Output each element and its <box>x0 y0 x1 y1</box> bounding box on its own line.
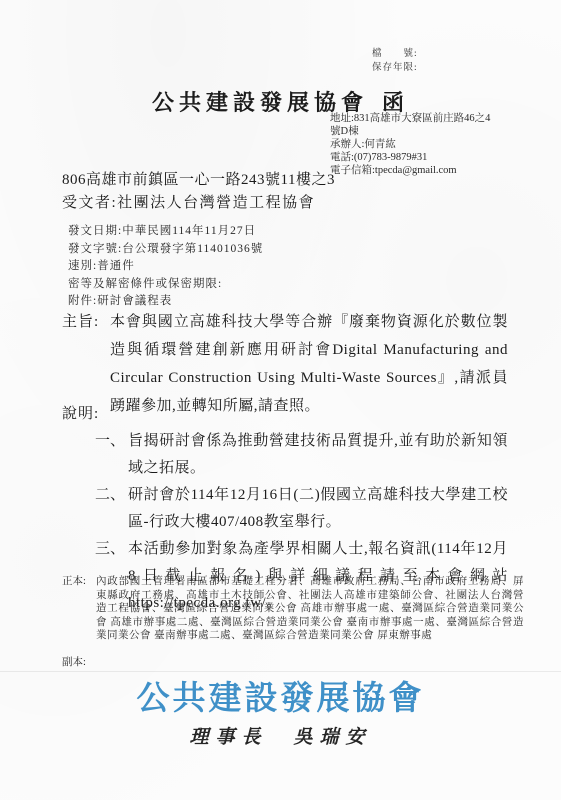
item-number: 一、 <box>95 428 128 482</box>
security-classification: 密等及解密條件或保密期限: <box>68 276 263 294</box>
retention-period-label: 保存年限: <box>372 61 418 75</box>
agency-email: 電子信箱:tpecda@gmail.com <box>330 164 490 177</box>
description-label: 說明: <box>62 401 508 428</box>
item-number: 二、 <box>95 482 128 536</box>
scanned-letter-page: 檔 號: 保存年限: 公共建設發展協會函 地址:831高雄市大寮區前庄路46之4… <box>0 0 561 800</box>
copy-label: 副本: <box>62 654 86 669</box>
item-text: 研討會於114年12月16日(二)假國立高雄科技大學建工校區-行政大樓407/4… <box>128 482 508 536</box>
recipient-address: 806高雄市前鎮區一心一路243號11樓之3 <box>62 168 335 189</box>
recipient-name: 受文者:社團法人台灣營造工程協會 <box>62 191 315 212</box>
file-number-label: 檔 號: <box>372 47 418 61</box>
document-meta-block: 發文日期:中華民國114年11月27日 發文字號:台公環發字第11401036號… <box>68 223 263 311</box>
original-recipients-section: 正本: 內政部國土管理署南區都市基礎工程分署、高雄市政府工務局、台南市政府工務局… <box>62 575 524 643</box>
priority: 速別:普通件 <box>68 258 263 276</box>
footer-org-name: 公共建設發展協會 <box>0 672 561 719</box>
original-label: 正本: <box>62 575 96 643</box>
original-recipients-list: 內政部國土管理署南區都市基礎工程分署、高雄市政府工務局、台南市政府工務局、屏東縣… <box>96 575 524 643</box>
description-item-2: 二、 研討會於114年12月16日(二)假國立高雄科技大學建工校區-行政大樓40… <box>95 482 508 536</box>
description-item-1: 一、 旨揭研討會係為推動營建技術品質提升,並有助於新知領域之拓展。 <box>95 428 508 482</box>
issue-number: 發文字號:台公環發字第11401036號 <box>68 241 263 259</box>
agency-address-line2: 號D棟 <box>330 125 490 138</box>
chairman-signature: 理事長 吳瑞安 <box>0 722 561 749</box>
agency-contact-person: 承辦人:何青紘 <box>330 138 490 151</box>
agency-contact-block: 地址:831高雄市大寮區前庄路46之4 號D棟 承辦人:何青紘 電話:(07)7… <box>330 112 490 177</box>
item-text: 旨揭研討會係為推動營建技術品質提升,並有助於新知領域之拓展。 <box>128 428 508 482</box>
file-number-block: 檔 號: 保存年限: <box>372 47 418 75</box>
agency-address-line1: 地址:831高雄市大寮區前庄路46之4 <box>330 112 490 125</box>
issue-date: 發文日期:中華民國114年11月27日 <box>68 223 263 241</box>
agency-phone: 電話:(07)783-9879#31 <box>330 151 490 164</box>
